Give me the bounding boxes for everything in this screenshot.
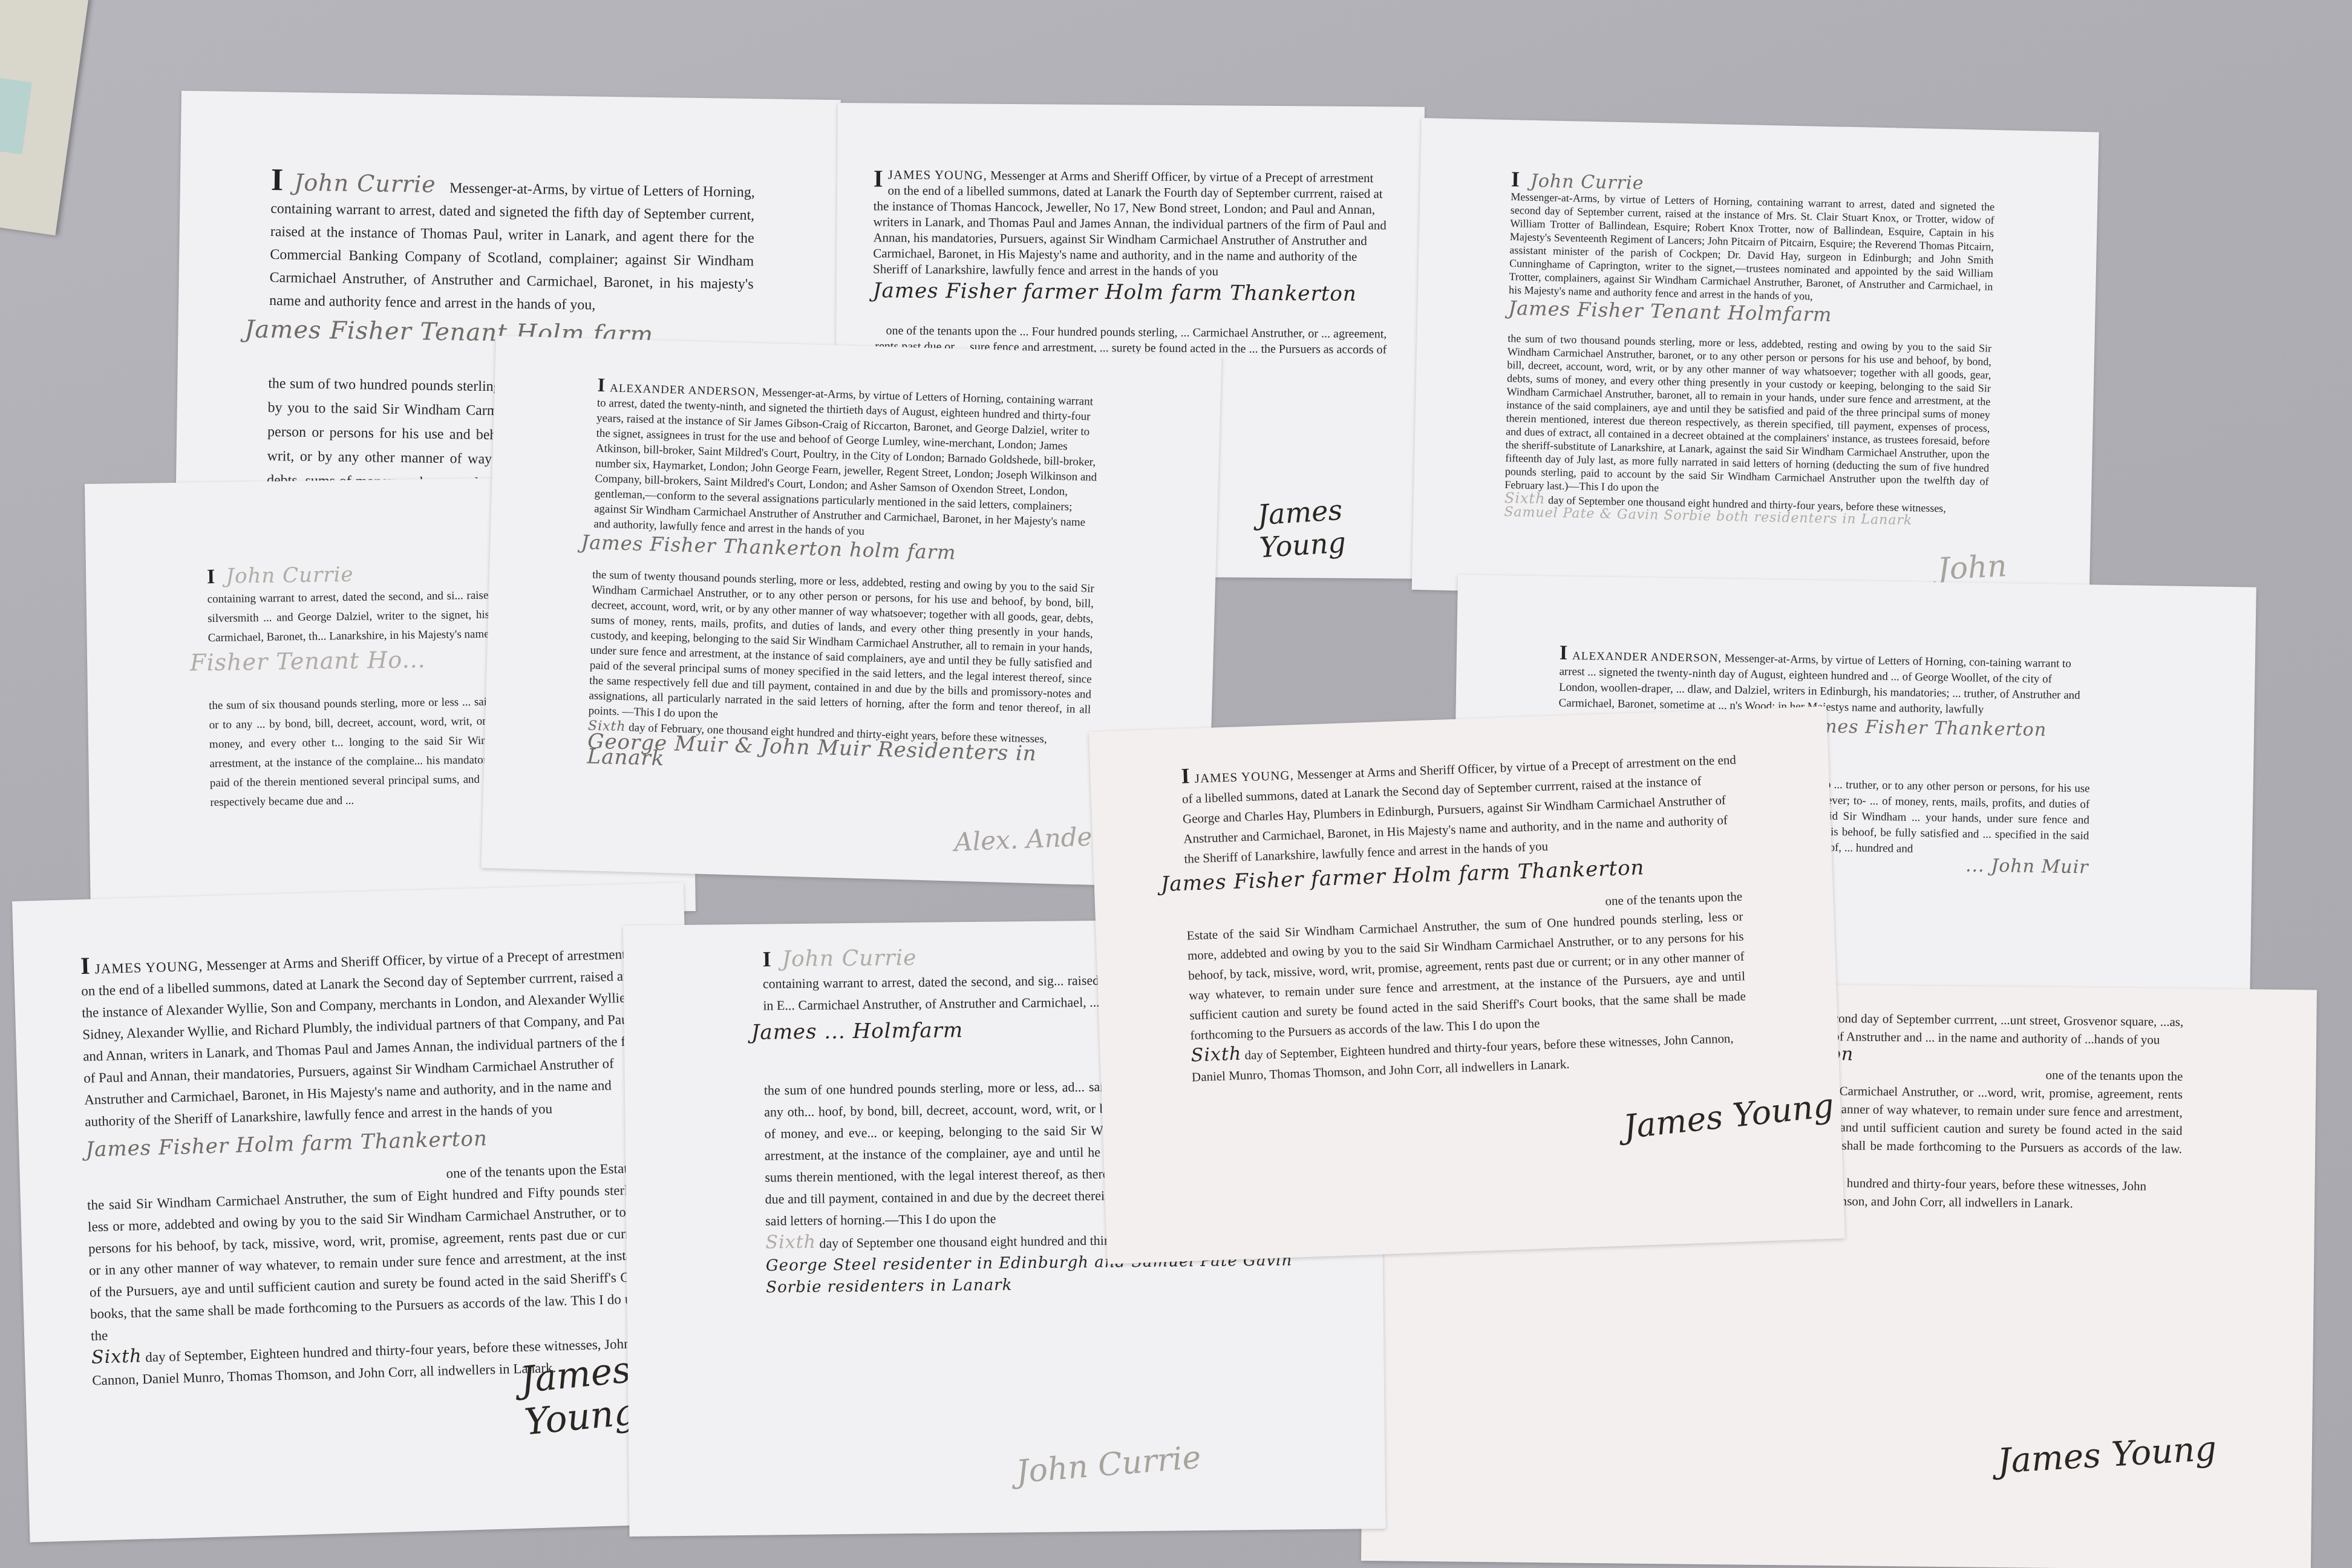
handwritten-day: Sixth — [1191, 1044, 1242, 1067]
officer-name: JAMES YOUNG, — [1194, 768, 1294, 786]
document-james-young-hay: IJAMES YOUNG, Messenger at Arms and Sher… — [1089, 706, 1845, 1264]
body-bottom: the said Sir Windham Carmichael Anstruth… — [87, 1179, 654, 1347]
body-top: containing warrant to arrest, dated and … — [269, 197, 755, 319]
initial-letter: I — [207, 567, 215, 587]
officer-handwritten: John Currie — [226, 565, 354, 586]
officer-name: JAMES YOUNG, — [94, 958, 203, 976]
officer-name: ALEXANDER ANDERSON, — [610, 382, 759, 399]
body-bottom: Estate of the said Sir Windham Carmichae… — [1186, 906, 1746, 1045]
initial-letter: I — [874, 166, 883, 191]
initial-letter: I — [1181, 763, 1190, 788]
handwritten-day: Sixth — [91, 1345, 142, 1368]
initial-letter: I — [271, 165, 284, 196]
initial-letter: I — [1560, 642, 1568, 664]
officer-handwritten: John Currie — [1530, 175, 1644, 191]
officer-handwritten: John Currie — [294, 171, 436, 196]
body-bottom: the sum of twenty thousand pounds sterli… — [588, 567, 1094, 733]
document-james-young-wyllie: IJAMES YOUNG, Messenger at Arms and Sher… — [12, 883, 701, 1543]
initial-letter: I — [762, 948, 771, 970]
handwritten-name: James Fisher farmer Holm farm Thankerton — [873, 283, 1387, 302]
body-bottom: the sum of two thousand pounds sterling,… — [1504, 332, 1991, 501]
signature-james-young: James Young — [1621, 1086, 1835, 1146]
lead-text: Messenger at Arms and Sheriff Officer, b… — [873, 168, 1387, 279]
officer-name: JAMES YOUNG, — [888, 168, 987, 183]
signature-james-young: James Young — [1256, 488, 1423, 564]
signature-james-young: James Young — [1996, 1429, 2218, 1481]
document-john-currie-trotter: I John Currie Messenger-at-Arms, by virt… — [1412, 118, 2099, 604]
handwritten-day: Sixth — [765, 1232, 816, 1253]
officer-handwritten: John Currie — [782, 947, 916, 970]
lead-text: Messenger-at-Arms, by virtue of Letters … — [1509, 190, 1995, 307]
officer-name: ALEXANDER ANDERSON, — [1572, 650, 1722, 665]
initial-letter: I — [80, 952, 90, 979]
signature-john-currie: John Currie — [1014, 1439, 1202, 1490]
initial-letter: I — [1511, 168, 1520, 190]
handwritten-witness: George Muir & John Muir Residenters in L… — [587, 734, 1089, 778]
initial-letter: I — [597, 374, 605, 396]
handwritten-name: James Fisher Thankerton — [1800, 719, 2091, 739]
lead-text: Messenger-at-Arms, by virtue of Letters … — [593, 386, 1097, 538]
